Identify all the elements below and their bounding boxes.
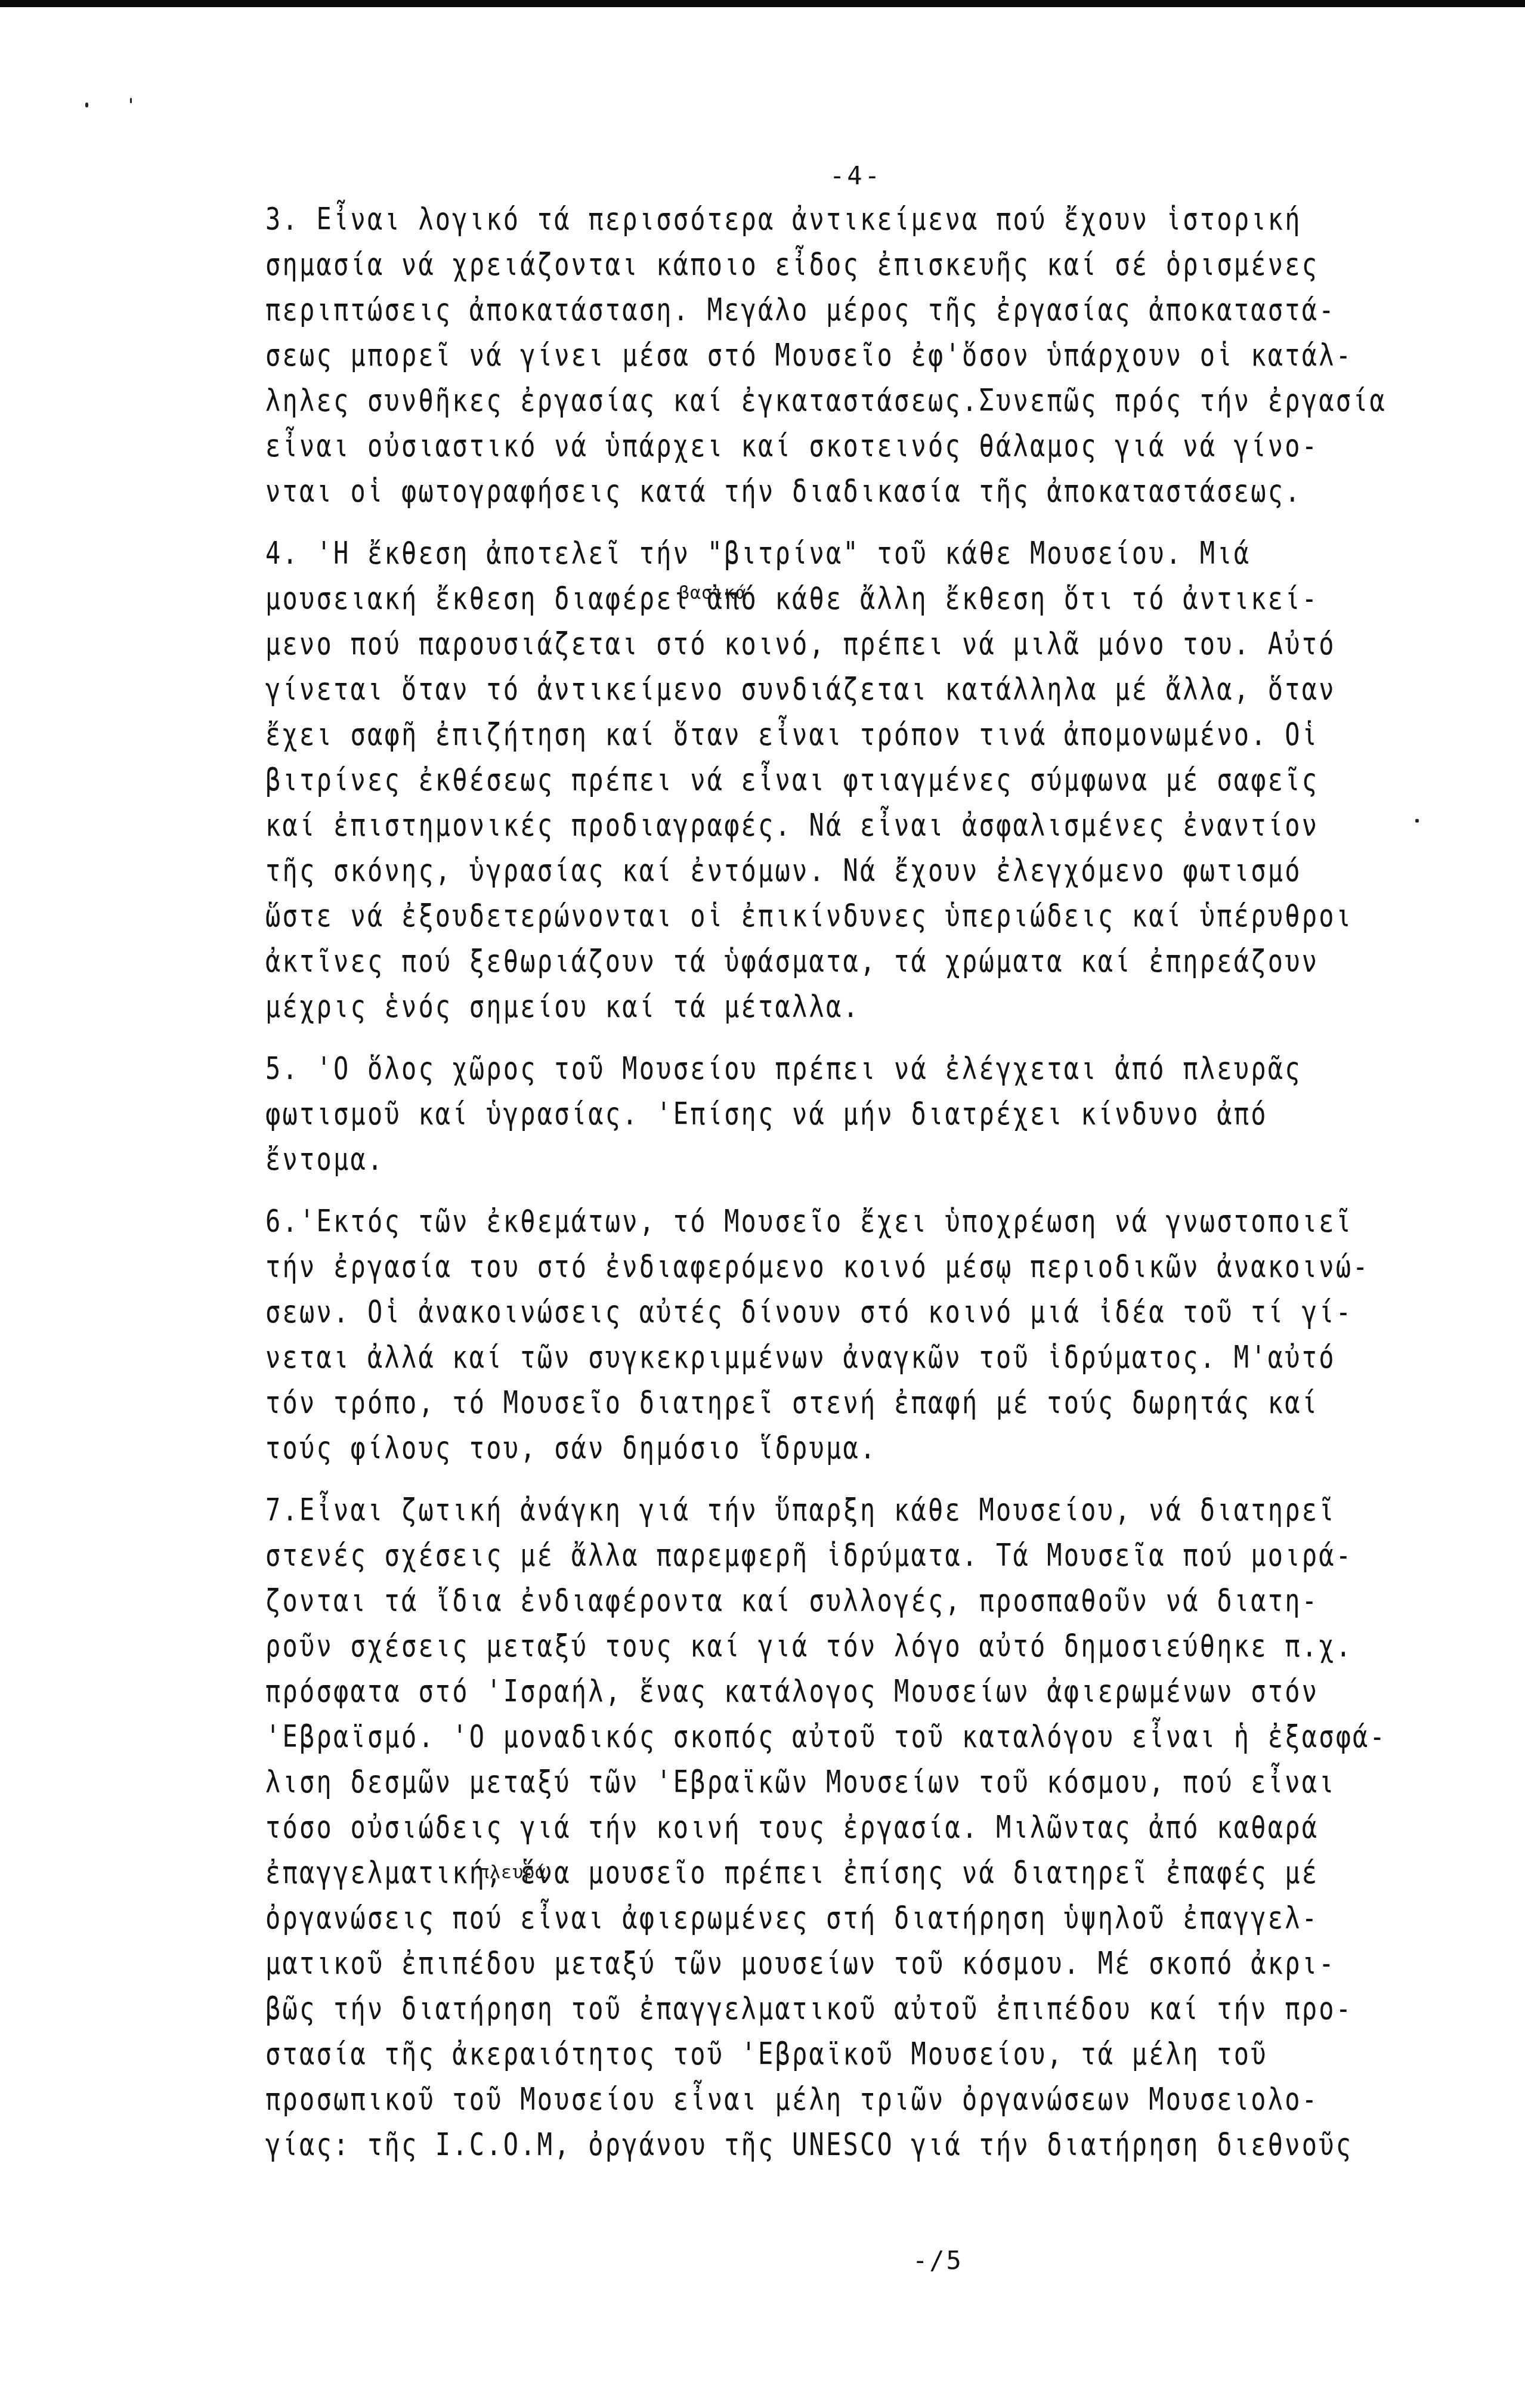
paragraph-7: 7.Εἶναι ζωτική ἀνάγκη γιά τήν ὕπαρξη κάθ…	[265, 1488, 1434, 2168]
continuation-mark: -/5	[912, 2246, 963, 2275]
page-number: -4-	[277, 155, 1434, 197]
scan-speck	[85, 103, 88, 107]
paragraph-4: 4. 'Η ἔκθεση ἀποτελεῖ τήν "βιτρίνα" τοῦ …	[265, 531, 1434, 1030]
text-line: νται οἱ φωτογραφήσεις κατά τήν διαδικασί…	[265, 464, 1434, 520]
interlinear-note-p4: βασικά	[679, 583, 747, 604]
text-line: ἔντομα.	[265, 1132, 1434, 1188]
paragraph-6: 6.'Εκτός τῶν ἐκθεμάτων, τό Μουσεῖο ἔχει …	[265, 1199, 1434, 1471]
text-line: τούς φίλους του, σάν δημόσιο ἵδρυμα.	[265, 1421, 1434, 1476]
paragraph-3: 3. Εἶναι λογικό τά περισσότερα ἀντικείμε…	[265, 197, 1434, 514]
text-line: γίας: τῆς I.C.O.M, ὀργάνου τῆς UNESCO γι…	[265, 2118, 1434, 2173]
text-line: μέχρις ἑνός σημείου καί τά μέταλλα.	[265, 979, 1434, 1035]
paragraph-5: 5. 'Ο ὅλος χῶρος τοῦ Μουσείου πρέπει νά …	[265, 1046, 1434, 1182]
typewritten-page: -4- 3. Εἶναι λογικό τά περισσότερα ἀντικ…	[265, 155, 1434, 2184]
scan-top-border	[0, 0, 1525, 7]
interlinear-note-p7: πλευρά	[478, 1862, 546, 1883]
scan-speck	[130, 98, 132, 103]
